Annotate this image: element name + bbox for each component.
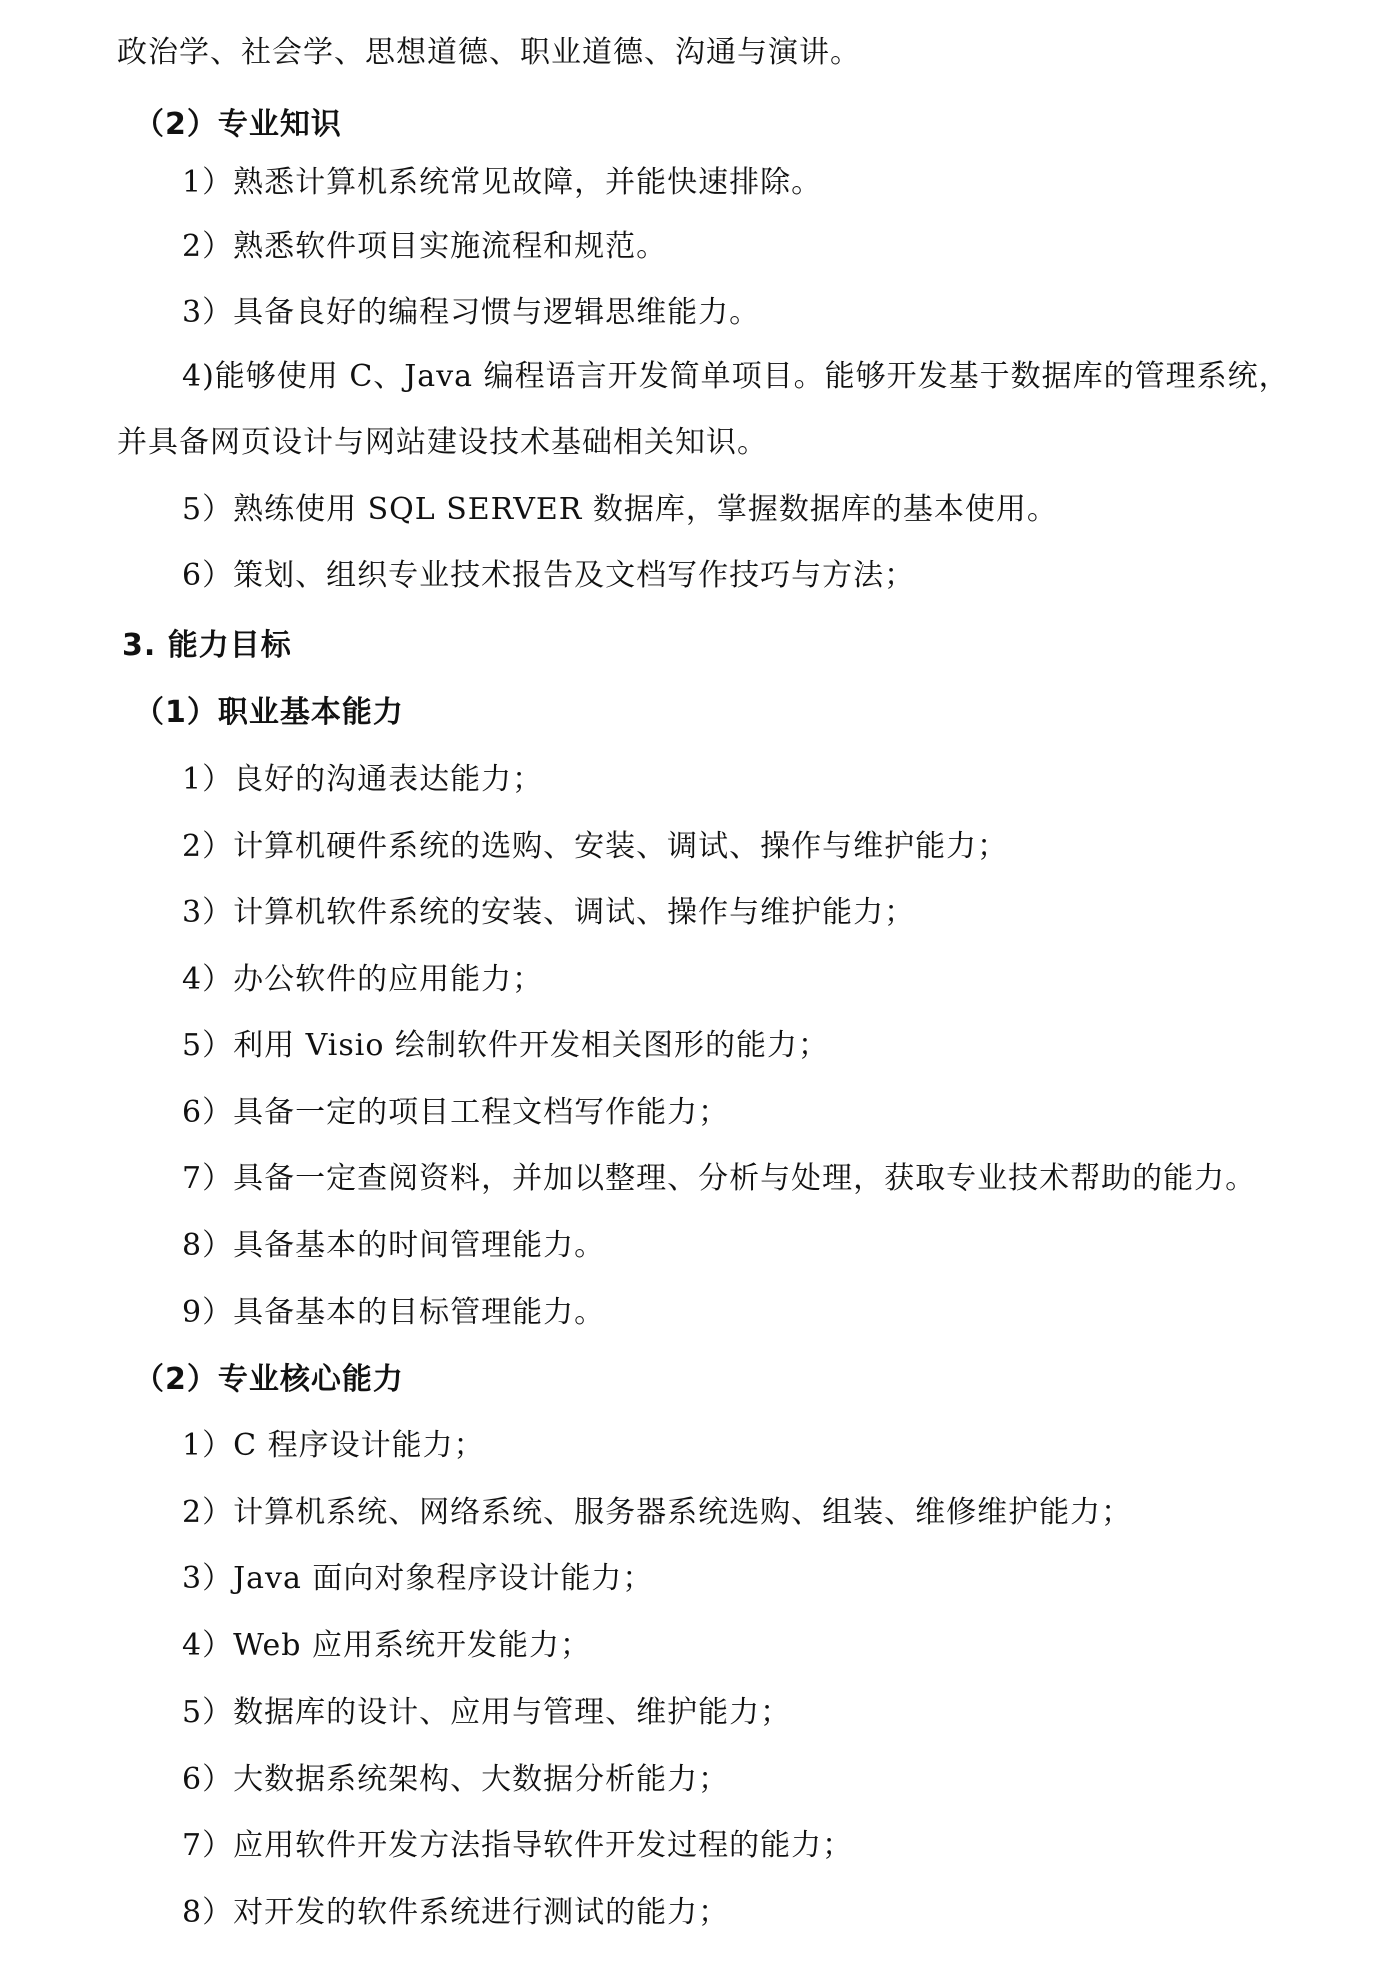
basic-ability-item-2: 2）计算机硬件系统的选购、安装、调试、操作与维护能力； — [182, 830, 1008, 864]
section-heading-ability-goals: 3. 能力目标 — [122, 629, 292, 663]
basic-ability-item-4: 4）办公软件的应用能力； — [182, 963, 543, 997]
knowledge-item-4: 4)能够使用 C、Java 编程语言开发简单项目。能够开发基于数据库的管理系统， — [182, 360, 1290, 394]
document-page: 政治学、社会学、思想道德、职业道德、沟通与演讲。 （2）专业知识 1）熟悉计算机… — [0, 0, 1378, 1984]
core-ability-item-8: 8）对开发的软件系统进行测试的能力； — [182, 1896, 729, 1930]
core-ability-item-5: 5）数据库的设计、应用与管理、维护能力； — [182, 1696, 791, 1730]
basic-ability-item-3: 3）计算机软件系统的安装、调试、操作与维护能力； — [182, 896, 915, 930]
core-ability-item-2: 2）计算机系统、网络系统、服务器系统选购、组装、维修维护能力； — [182, 1496, 1132, 1530]
knowledge-item-3: 3）具备良好的编程习惯与逻辑思维能力。 — [182, 296, 760, 330]
core-ability-item-6: 6）大数据系统架构、大数据分析能力； — [182, 1763, 729, 1797]
knowledge-item-1: 1）熟悉计算机系统常见故障，并能快速排除。 — [182, 166, 822, 200]
basic-ability-item-5: 5）利用 Visio 绘制软件开发相关图形的能力； — [182, 1029, 829, 1063]
core-ability-item-1: 1）C 程序设计能力； — [182, 1429, 485, 1463]
knowledge-item-4-continued: 并具备网页设计与网站建设技术基础相关知识。 — [117, 426, 768, 460]
core-ability-item-4: 4）Web 应用系统开发能力； — [182, 1629, 591, 1663]
core-ability-item-7: 7）应用软件开发方法指导软件开发过程的能力； — [182, 1829, 853, 1863]
subsection-heading-basic-abilities: （1）职业基本能力 — [134, 696, 404, 730]
section-heading-professional-knowledge: （2）专业知识 — [134, 108, 342, 142]
subsection-heading-core-abilities: （2）专业核心能力 — [134, 1363, 404, 1397]
knowledge-item-5: 5）熟练使用 SQL SERVER 数据库，掌握数据库的基本使用。 — [182, 493, 1058, 527]
core-ability-item-3: 3）Java 面向对象程序设计能力； — [182, 1562, 653, 1596]
knowledge-item-6: 6）策划、组织专业技术报告及文档写作技巧与方法； — [182, 559, 915, 593]
basic-ability-item-6: 6）具备一定的项目工程文档写作能力； — [182, 1096, 729, 1130]
basic-ability-item-9: 9）具备基本的目标管理能力。 — [182, 1296, 605, 1330]
knowledge-item-2: 2）熟悉软件项目实施流程和规范。 — [182, 230, 667, 264]
continuation-line: 政治学、社会学、思想道德、职业道德、沟通与演讲。 — [117, 36, 861, 70]
basic-ability-item-1: 1）良好的沟通表达能力； — [182, 763, 543, 797]
basic-ability-item-7: 7）具备一定查阅资料，并加以整理、分析与处理，获取专业技术帮助的能力。 — [182, 1162, 1256, 1196]
basic-ability-item-8: 8）具备基本的时间管理能力。 — [182, 1229, 605, 1263]
